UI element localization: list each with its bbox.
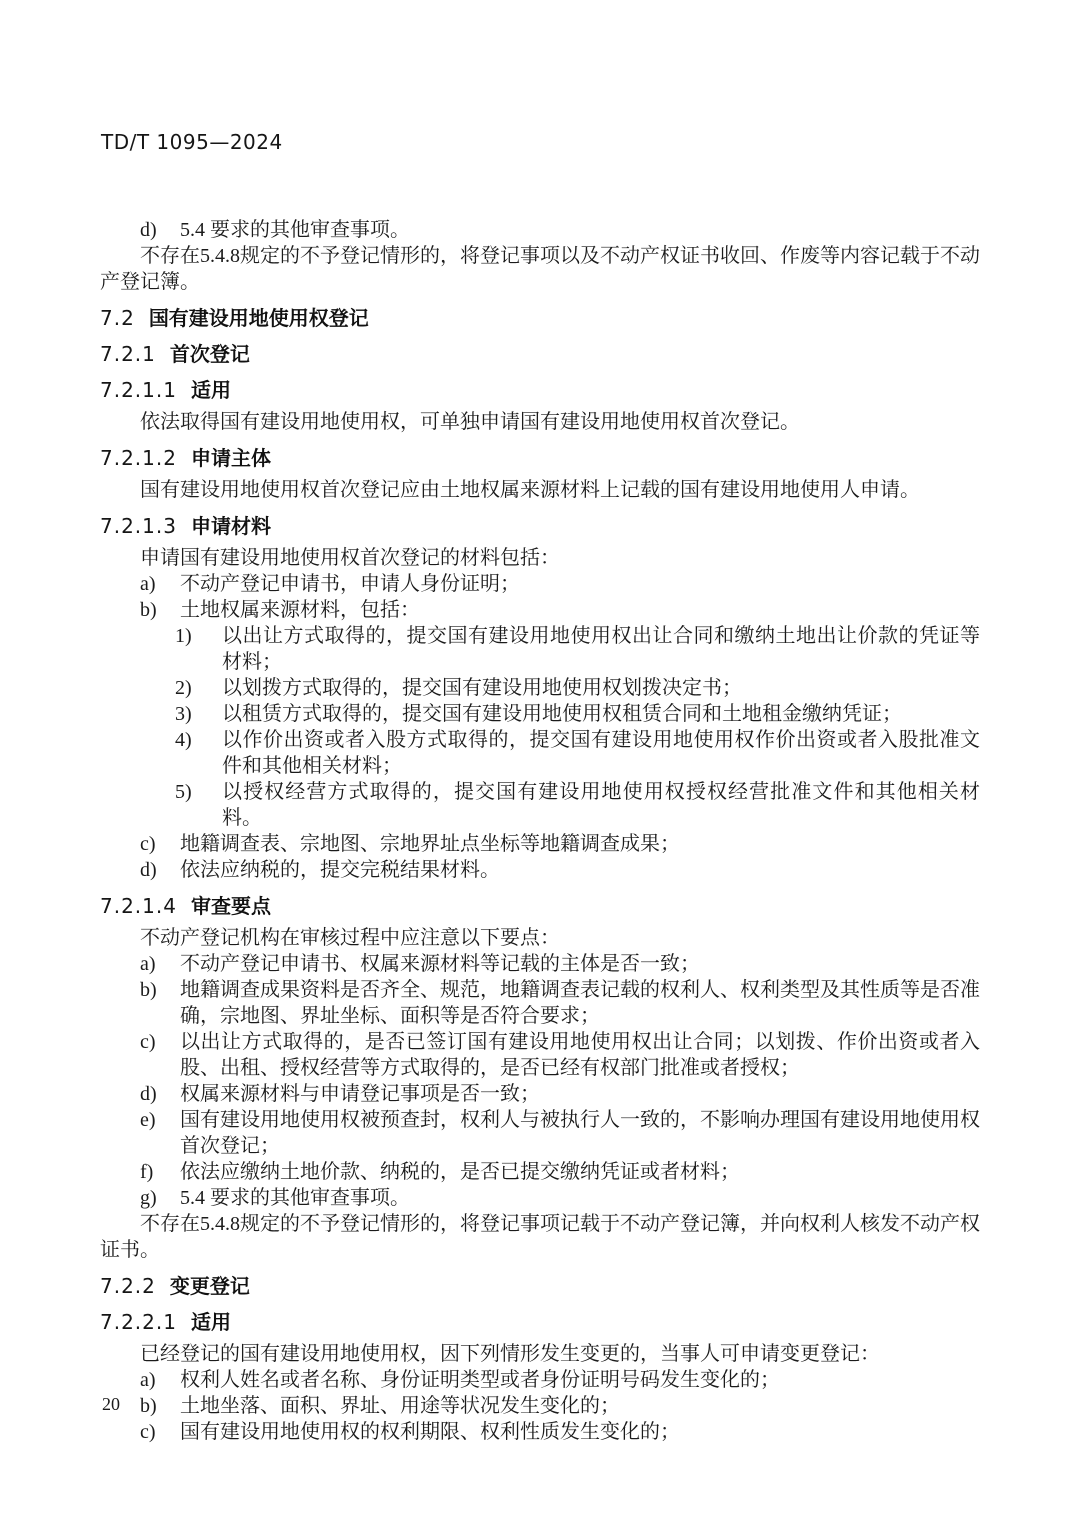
list-item-text: 以租赁方式取得的，提交国有建设用地使用权租赁合同和土地租金缴纳凭证； xyxy=(222,703,902,725)
clause-7-2-1-heading: 7.2.1首次登记 xyxy=(100,341,980,367)
clause-7-2-heading: 7.2国有建设用地使用权登记 xyxy=(100,305,980,331)
list-item-text: 不动产登记申请书、权属来源材料等记载的主体是否一致； xyxy=(180,953,700,975)
list-item-text: 以出让方式取得的，是否已签订国有建设用地使用权出让合同；以划拨、作价出资或者入股… xyxy=(180,1031,980,1079)
clause-number: 7.2 xyxy=(100,306,135,330)
list-item-a: a)不动产登记申请书，申请人身份证明； xyxy=(100,571,980,597)
paragraph: 已经登记的国有建设用地使用权，因下列情形发生变更的，当事人可申请变更登记： xyxy=(100,1341,980,1367)
clause-7-2-1-1-heading: 7.2.1.1适用 xyxy=(100,377,980,403)
clause-title: 适用 xyxy=(191,1310,231,1334)
clause-title: 首次登记 xyxy=(170,342,250,366)
list-item-text: 以作价出资或者入股方式取得的，提交国有建设用地使用权作价出资或者入股批准文件和其… xyxy=(222,729,980,777)
paragraph: 不动产登记机构在审核过程中应注意以下要点： xyxy=(100,925,980,951)
list-item-d: d)5.4 要求的其他审查事项。 xyxy=(100,217,980,243)
paragraph-text: 国有建设用地使用权首次登记应由土地权属来源材料上记载的国有建设用地使用人申请。 xyxy=(140,479,920,501)
clause-title: 适用 xyxy=(191,378,231,402)
clause-title: 申请主体 xyxy=(191,446,271,470)
list-item-marker: c) xyxy=(140,1419,156,1445)
document-body: d)5.4 要求的其他审查事项。不存在5.4.8规定的不予登记情形的，将登记事项… xyxy=(100,217,980,1445)
list-item-text: 以划拨方式取得的，提交国有建设用地使用权划拨决定书； xyxy=(222,677,742,699)
list-item-a: a)不动产登记申请书、权属来源材料等记载的主体是否一致； xyxy=(100,951,980,977)
paragraph-text: 申请国有建设用地使用权首次登记的材料包括： xyxy=(140,547,560,569)
list-item-text: 5.4 要求的其他审查事项。 xyxy=(180,219,410,241)
paragraph: 依法取得国有建设用地使用权，可单独申请国有建设用地使用权首次登记。 xyxy=(100,409,980,435)
list-item-text: 依法应缴纳土地价款、纳税的，是否已提交缴纳凭证或者材料； xyxy=(180,1161,740,1183)
clause-number: 7.2.1.2 xyxy=(100,446,177,470)
list-item-2: 2)以划拨方式取得的，提交国有建设用地使用权划拨决定书； xyxy=(100,675,980,701)
list-item-text: 国有建设用地使用权的权利期限、权利性质发生变化的； xyxy=(180,1421,680,1443)
list-item-marker: b) xyxy=(140,1393,157,1419)
list-item-marker: 5) xyxy=(175,779,192,805)
list-item-marker: d) xyxy=(140,217,157,243)
list-item-marker: c) xyxy=(140,831,156,857)
clause-number: 7.2.1.4 xyxy=(100,894,177,918)
paragraph-text: 依法取得国有建设用地使用权，可单独申请国有建设用地使用权首次登记。 xyxy=(140,411,800,433)
list-item-marker: b) xyxy=(140,597,157,623)
list-item-b: b)土地权属来源材料，包括： xyxy=(100,597,980,623)
list-item-marker: a) xyxy=(140,1367,156,1393)
list-item-marker: f) xyxy=(140,1159,153,1185)
list-item-marker: 4) xyxy=(175,727,192,753)
page-number: 20 xyxy=(102,1394,120,1415)
list-item-text: 国有建设用地使用权被预查封，权利人与被执行人一致的，不影响办理国有建设用地使用权… xyxy=(180,1109,980,1157)
list-item-marker: g) xyxy=(140,1185,157,1211)
clause-number: 7.2.1.3 xyxy=(100,514,177,538)
paragraph-text: 不存在5.4.8规定的不予登记情形的，将登记事项以及不动产权证书收回、作废等内容… xyxy=(100,245,980,293)
list-item-d: d)依法应纳税的，提交完税结果材料。 xyxy=(100,857,980,883)
list-item-c: c)以出让方式取得的，是否已签订国有建设用地使用权出让合同；以划拨、作价出资或者… xyxy=(100,1029,980,1081)
clause-number: 7.2.1.1 xyxy=(100,378,177,402)
clause-number: 7.2.1 xyxy=(100,342,156,366)
list-item-marker: a) xyxy=(140,571,156,597)
list-item-g: g)5.4 要求的其他审查事项。 xyxy=(100,1185,980,1211)
paragraph: 不存在5.4.8规定的不予登记情形的，将登记事项以及不动产权证书收回、作废等内容… xyxy=(100,243,980,295)
paragraph-text: 不动产登记机构在审核过程中应注意以下要点： xyxy=(140,927,560,949)
paragraph: 国有建设用地使用权首次登记应由土地权属来源材料上记载的国有建设用地使用人申请。 xyxy=(100,477,980,503)
list-item-c: c)地籍调查表、宗地图、宗地界址点坐标等地籍调查成果； xyxy=(100,831,980,857)
list-item-text: 权属来源材料与申请登记事项是否一致； xyxy=(180,1083,540,1105)
list-item-text: 依法应纳税的，提交完税结果材料。 xyxy=(180,859,500,881)
list-item-marker: d) xyxy=(140,1081,157,1107)
list-item-b: b)地籍调查成果资料是否齐全、规范，地籍调查表记载的权利人、权利类型及其性质等是… xyxy=(100,977,980,1029)
list-item-marker: d) xyxy=(140,857,157,883)
standard-code: TD/T 1095—2024 xyxy=(101,130,283,154)
clause-7-2-2-heading: 7.2.2变更登记 xyxy=(100,1273,980,1299)
clause-7-2-2-1-heading: 7.2.2.1适用 xyxy=(100,1309,980,1335)
list-item-f: f)依法应缴纳土地价款、纳税的，是否已提交缴纳凭证或者材料； xyxy=(100,1159,980,1185)
clause-title: 申请材料 xyxy=(191,514,271,538)
list-item-d: d)权属来源材料与申请登记事项是否一致； xyxy=(100,1081,980,1107)
clause-title: 变更登记 xyxy=(170,1274,250,1298)
clause-title: 审查要点 xyxy=(191,894,271,918)
list-item-a: a)权利人姓名或者名称、身份证明类型或者身份证明号码发生变化的； xyxy=(100,1367,980,1393)
clause-7-2-1-2-heading: 7.2.1.2申请主体 xyxy=(100,445,980,471)
list-item-text: 5.4 要求的其他审查事项。 xyxy=(180,1187,410,1209)
list-item-3: 3)以租赁方式取得的，提交国有建设用地使用权租赁合同和土地租金缴纳凭证； xyxy=(100,701,980,727)
list-item-marker: c) xyxy=(140,1029,156,1055)
list-item-text: 地籍调查成果资料是否齐全、规范，地籍调查表记载的权利人、权利类型及其性质等是否准… xyxy=(180,979,980,1027)
clause-number: 7.2.2.1 xyxy=(100,1310,177,1334)
list-item-text: 地籍调查表、宗地图、宗地界址点坐标等地籍调查成果； xyxy=(180,833,680,855)
paragraph: 不存在5.4.8规定的不予登记情形的，将登记事项记载于不动产登记簿，并向权利人核… xyxy=(100,1211,980,1263)
clause-7-2-1-4-heading: 7.2.1.4审查要点 xyxy=(100,893,980,919)
list-item-marker: 1) xyxy=(175,623,192,649)
list-item-text: 以出让方式取得的，提交国有建设用地使用权出让合同和缴纳土地出让价款的凭证等材料； xyxy=(222,625,980,673)
list-item-4: 4)以作价出资或者入股方式取得的，提交国有建设用地使用权作价出资或者入股批准文件… xyxy=(100,727,980,779)
clause-number: 7.2.2 xyxy=(100,1274,156,1298)
list-item-text: 权利人姓名或者名称、身份证明类型或者身份证明号码发生变化的； xyxy=(180,1369,780,1391)
list-item-marker: a) xyxy=(140,951,156,977)
list-item-1: 1)以出让方式取得的，提交国有建设用地使用权出让合同和缴纳土地出让价款的凭证等材… xyxy=(100,623,980,675)
list-item-text: 不动产登记申请书，申请人身份证明； xyxy=(180,573,520,595)
list-item-text: 土地坐落、面积、界址、用途等状况发生变化的； xyxy=(180,1395,620,1417)
list-item-marker: 2) xyxy=(175,675,192,701)
list-item-e: e)国有建设用地使用权被预查封，权利人与被执行人一致的，不影响办理国有建设用地使… xyxy=(100,1107,980,1159)
list-item-c: c)国有建设用地使用权的权利期限、权利性质发生变化的； xyxy=(100,1419,980,1445)
paragraph-text: 已经登记的国有建设用地使用权，因下列情形发生变更的，当事人可申请变更登记： xyxy=(140,1343,880,1365)
paragraph: 申请国有建设用地使用权首次登记的材料包括： xyxy=(100,545,980,571)
list-item-marker: 3) xyxy=(175,701,192,727)
list-item-text: 以授权经营方式取得的，提交国有建设用地使用权授权经营批准文件和其他相关材料。 xyxy=(222,781,980,829)
list-item-marker: b) xyxy=(140,977,157,1003)
list-item-marker: e) xyxy=(140,1107,156,1133)
list-item-5: 5)以授权经营方式取得的，提交国有建设用地使用权授权经营批准文件和其他相关材料。 xyxy=(100,779,980,831)
list-item-text: 土地权属来源材料，包括： xyxy=(180,599,420,621)
document-page: TD/T 1095—2024 d)5.4 要求的其他审查事项。不存在5.4.8规… xyxy=(0,0,1074,1520)
paragraph-text: 不存在5.4.8规定的不予登记情形的，将登记事项记载于不动产登记簿，并向权利人核… xyxy=(100,1213,980,1261)
list-item-b: b)土地坐落、面积、界址、用途等状况发生变化的； xyxy=(100,1393,980,1419)
clause-7-2-1-3-heading: 7.2.1.3申请材料 xyxy=(100,513,980,539)
clause-title: 国有建设用地使用权登记 xyxy=(149,306,369,330)
